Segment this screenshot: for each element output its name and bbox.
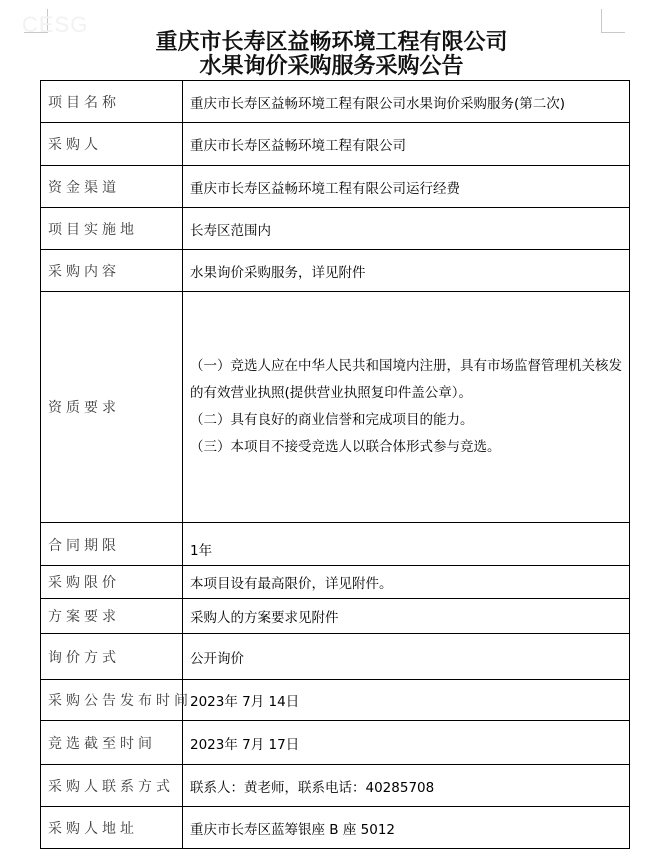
document-title: 重庆市长寿区益畅环境工程有限公司 水果询价采购服务采购公告 <box>0 31 663 79</box>
row-label: 项目实施地 <box>41 208 183 250</box>
row-label: 采购内容 <box>41 250 183 292</box>
row-value: 联系人：黄老师，联系电话：40285708 <box>183 765 630 807</box>
table-row-content: 采购内容 水果询价采购服务，详见附件 <box>41 250 630 292</box>
row-value: 重庆市长寿区益畅环境工程有限公司 <box>183 123 630 166</box>
page-corner-mark-right <box>601 9 625 33</box>
row-label: 采购人 <box>41 123 183 166</box>
row-value: 重庆市长寿区益畅环境工程有限公司水果询价采购服务(第二次) <box>183 81 630 123</box>
table-row-location: 项目实施地 长寿区范围内 <box>41 208 630 250</box>
row-label: 询价方式 <box>41 634 183 680</box>
row-label: 合同期限 <box>41 523 183 566</box>
table-row-funding-source: 资金渠道 重庆市长寿区益畅环境工程有限公司运行经费 <box>41 166 630 208</box>
qualification-item-2: （二）具有良好的商业信誉和完成项目的能力。 <box>190 407 625 434</box>
row-label: 采购人联系方式 <box>41 765 183 807</box>
row-label: 竞选截至时间 <box>41 721 183 765</box>
table-row-qualifications: 资质要求 （一）竞选人应在中华人民共和国境内注册，具有市场监督管理机关核发的有效… <box>41 292 630 523</box>
qualification-item-3: （三）本项目不接受竞选人以联合体形式参与竞选。 <box>190 434 625 461</box>
table-row-contract-term: 合同期限 1年 <box>41 523 630 566</box>
row-label: 采购公告发布时间 <box>41 680 183 721</box>
table-row-deadline: 竞选截至时间 2023年 7月 17日 <box>41 721 630 765</box>
row-value: 2023年 7月 14日 <box>183 680 630 721</box>
table-row-inquiry-method: 询价方式 公开询价 <box>41 634 630 680</box>
row-value: 2023年 7月 17日 <box>183 721 630 765</box>
row-label: 资金渠道 <box>41 166 183 208</box>
table-row-plan-requirements: 方案要求 采购人的方案要求见附件 <box>41 599 630 634</box>
row-label: 采购限价 <box>41 566 183 599</box>
row-label: 项目名称 <box>41 81 183 123</box>
table-row-address: 采购人地址 重庆市长寿区蓝筹银座 B 座 5012 <box>41 807 630 849</box>
title-line-1: 重庆市长寿区益畅环境工程有限公司 <box>0 31 663 55</box>
row-value: 1年 <box>183 523 630 566</box>
row-value: 本项目设有最高限价，详见附件。 <box>183 566 630 599</box>
row-value: 公开询价 <box>183 634 630 680</box>
table-row-price-limit: 采购限价 本项目设有最高限价，详见附件。 <box>41 566 630 599</box>
row-label: 资质要求 <box>41 292 183 523</box>
row-label: 采购人地址 <box>41 807 183 849</box>
row-value: 水果询价采购服务，详见附件 <box>183 250 630 292</box>
qualification-item-1: （一）竞选人应在中华人民共和国境内注册，具有市场监督管理机关核发的有效营业执照(… <box>190 353 625 407</box>
title-line-2: 水果询价采购服务采购公告 <box>0 55 663 79</box>
row-value: 长寿区范围内 <box>183 208 630 250</box>
table-row-project-name: 项目名称 重庆市长寿区益畅环境工程有限公司水果询价采购服务(第二次) <box>41 81 630 123</box>
table-row-contact: 采购人联系方式 联系人：黄老师，联系电话：40285708 <box>41 765 630 807</box>
table-row-purchaser: 采购人 重庆市长寿区益畅环境工程有限公司 <box>41 123 630 166</box>
notice-table: 项目名称 重庆市长寿区益畅环境工程有限公司水果询价采购服务(第二次) 采购人 重… <box>40 80 630 849</box>
row-value: 重庆市长寿区蓝筹银座 B 座 5012 <box>183 807 630 849</box>
row-label: 方案要求 <box>41 599 183 634</box>
row-value-qualifications: （一）竞选人应在中华人民共和国境内注册，具有市场监督管理机关核发的有效营业执照(… <box>183 292 630 523</box>
row-value: 采购人的方案要求见附件 <box>183 599 630 634</box>
table-row-publish-date: 采购公告发布时间 2023年 7月 14日 <box>41 680 630 721</box>
row-value: 重庆市长寿区益畅环境工程有限公司运行经费 <box>183 166 630 208</box>
